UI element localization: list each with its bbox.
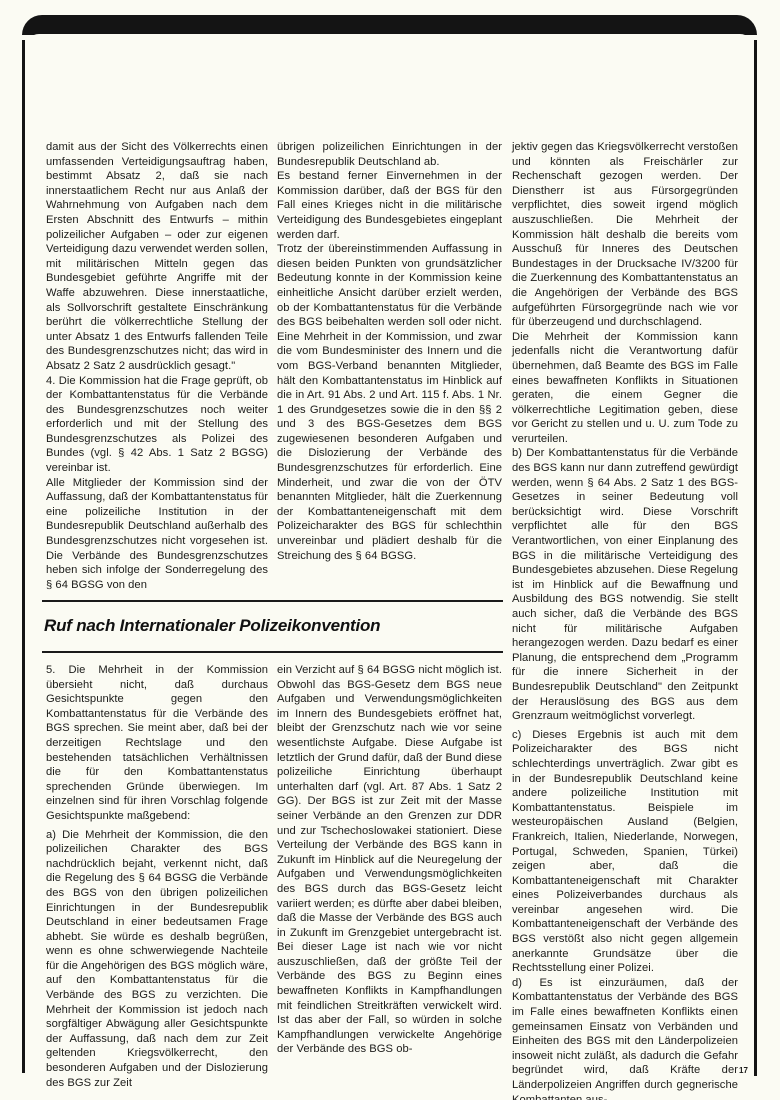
paragraph: Die Mehrheit der Kommission kann jedenfa… [512,330,738,447]
paragraph: übrigen polizeilichen Einrichtungen in d… [277,140,502,169]
section-rule-top [42,600,503,602]
text-column-1-top: damit aus der Sicht des Völkerrechts ein… [46,140,268,592]
paragraph: a) Die Mehrheit der Kommission, die den … [46,828,268,1091]
text-column-1-bottom: 5. Die Mehrheit in der Kommission übersi… [46,663,268,1090]
page-frame-top-bar [22,15,757,35]
paragraph: 4. Die Kommission hat die Frage geprüft,… [46,374,268,476]
text-column-2-bottom: ein Verzicht auf § 64 BGSG nicht möglich… [277,663,502,1057]
text-column-2-top: übrigen polizeilichen Einrichtungen in d… [277,140,502,563]
page-frame-inner [25,34,754,54]
paragraph: damit aus der Sicht des Völkerrechts ein… [46,140,268,374]
section-heading: Ruf nach Internationaler Polizeikonventi… [44,616,504,636]
paragraph: Trotz der übereinstimmenden Auffassung i… [277,242,502,563]
paragraph: b) Der Kombattantenstatus für die Verbän… [512,446,738,723]
section-rule-bottom [42,651,503,653]
paragraph: jektiv gegen das Kriegsvölkerrecht verst… [512,140,738,330]
paragraph: c) Dieses Ergebnis ist auch mit dem Poli… [512,728,738,976]
page-frame-left-border [22,40,25,1073]
paragraph: 5. Die Mehrheit in der Kommission übersi… [46,663,268,824]
paragraph: d) Es ist einzuräumen, daß der Kombattan… [512,976,738,1100]
paragraph: Alle Mitglieder der Kommission sind der … [46,476,268,593]
page-number: 17 [739,1066,748,1075]
paragraph: Es bestand ferner Einvernehmen in der Ko… [277,169,502,242]
page-frame-right-border [754,40,757,1076]
text-column-3: jektiv gegen das Kriegsvölkerrecht verst… [512,140,738,1100]
paragraph: ein Verzicht auf § 64 BGSG nicht möglich… [277,663,502,1057]
